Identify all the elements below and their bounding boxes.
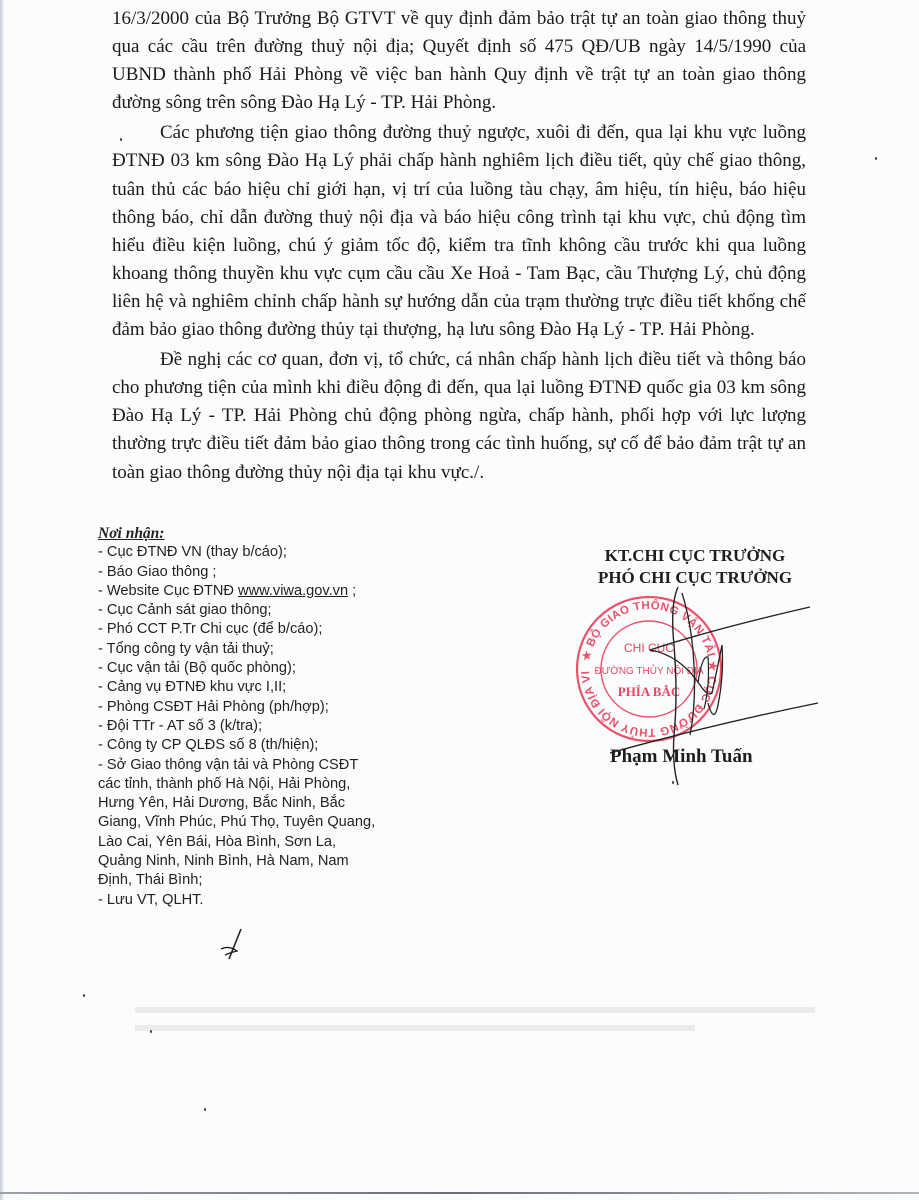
scan-speck — [204, 1108, 206, 1111]
recipient-item: - Cục ĐTNĐ VN (thay b/cáo); — [98, 543, 398, 562]
recipient-item: - Lưu VT, QLHT. — [98, 891, 398, 910]
website-link[interactable]: www.viwa.gov.vn — [238, 583, 348, 599]
scan-speck — [120, 138, 122, 141]
recipients-title: Nơi nhận: — [98, 524, 398, 543]
paragraph-request: Đề nghị các cơ quan, đơn vị, tổ chức, cá… — [112, 346, 806, 486]
paragraph-vessel-requirements: Các phương tiện giao thông đường thuỷ ng… — [112, 119, 806, 344]
scan-speck — [83, 994, 85, 997]
signature-title-line1: KT.CHI CỤC TRƯỞNG — [560, 545, 830, 567]
scan-speck — [672, 781, 674, 784]
document-page: 16/3/2000 của Bộ Trưởng Bộ GTVT về quy đ… — [0, 0, 919, 1200]
recipient-item: - Sở Giao thông vận tải và Phòng CSĐT cá… — [98, 756, 383, 891]
recipient-item: - Cảng vụ ĐTNĐ khu vực I,II; — [98, 678, 398, 697]
scan-edge-shadow — [0, 0, 4, 1200]
scan-speck — [875, 157, 877, 160]
signer-name: Phạm Minh Tuấn — [610, 746, 753, 768]
recipient-website-suffix: ; — [348, 583, 356, 599]
recipient-item-website: - Website Cục ĐTNĐ www.viwa.gov.vn ; — [98, 582, 398, 601]
recipient-item: - Phòng CSĐT Hải Phòng (ph/hợp); — [98, 698, 398, 717]
recipients-list: Nơi nhận: - Cục ĐTNĐ VN (thay b/cáo); - … — [98, 524, 398, 910]
recipient-item: - Tổng công ty vận tải thuỷ; — [98, 640, 398, 659]
recipient-website-prefix: - Website Cục ĐTNĐ — [98, 583, 238, 599]
paragraph-legal-references: 16/3/2000 của Bộ Trưởng Bộ GTVT về quy đ… — [112, 5, 806, 117]
recipient-item: - Cục vận tải (Bộ quốc phòng); — [98, 659, 398, 678]
show-through-text-artifact — [135, 1003, 855, 1043]
page-bottom-edge — [0, 1192, 919, 1194]
document-body: 16/3/2000 của Bộ Trưởng Bộ GTVT về quy đ… — [112, 5, 806, 487]
recipient-item: - Công ty CP QLĐS số 8 (th/hiện); — [98, 736, 398, 755]
initial-mark-icon — [215, 925, 255, 965]
scan-speck — [150, 1030, 152, 1033]
recipient-item: - Cục Cảnh sát giao thông; — [98, 601, 398, 620]
recipient-item: - Báo Giao thông ; — [98, 563, 398, 582]
signature-block: KT.CHI CỤC TRƯỞNG PHÓ CHI CỤC TRƯỞNG — [560, 545, 830, 589]
recipient-item: - Đội TTr - AT số 3 (k/tra); — [98, 717, 398, 736]
recipient-item: - Phó CCT P.Tr Chi cục (để b/cáo); — [98, 620, 398, 639]
